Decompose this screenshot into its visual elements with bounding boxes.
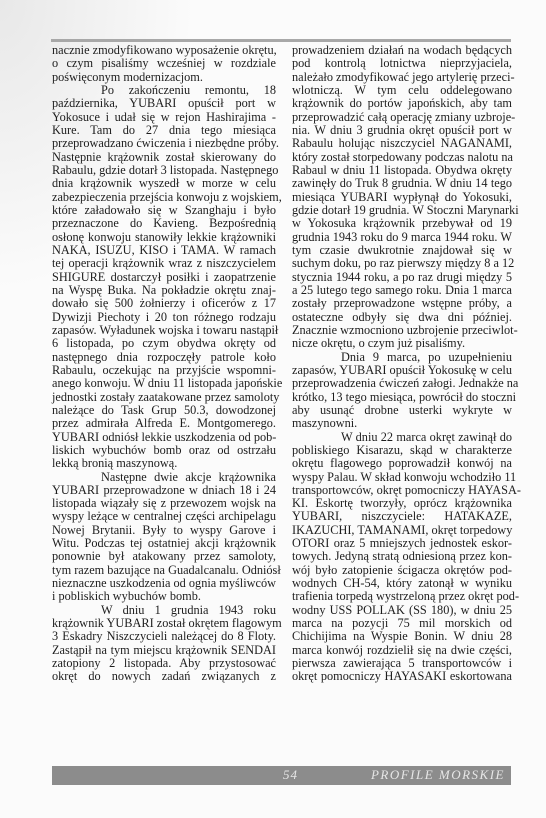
text-line: Rabaulu, oczekując na przyjście wspomni- bbox=[52, 364, 276, 377]
text-line: zawinęły do Truk 8 grudnia. W dniu 14 te… bbox=[292, 177, 512, 190]
text-line: wyspy Palau. W skład konwoju wchodziło 1… bbox=[292, 471, 512, 484]
text-line: należące do Task Grup 50.3, dowodzonej bbox=[52, 404, 276, 417]
text-line: Dnia 9 marca, po uzupełnieniu bbox=[292, 351, 512, 364]
text-line: w Yokosuka krążownik przebywał od 19 bbox=[292, 217, 512, 230]
text-line: krótko, 13 tego miesiąca, powrócił do st… bbox=[292, 391, 512, 404]
text-line: osłonę konwoju stanowiły lekkie krążowni… bbox=[52, 231, 276, 244]
text-line: YUBARI, niszczyciele: HATAKAZE, bbox=[292, 510, 512, 523]
text-line: Rabaul w dniu 11 listopada. Obydwa okręt… bbox=[292, 164, 512, 177]
text-line: zabezpieczenia przejścia konwoju z wojsk… bbox=[52, 191, 276, 204]
text-line: suchym doku, po raz pierwszy między 8 a … bbox=[292, 257, 512, 270]
text-line: Po zakończeniu remontu, 18 bbox=[52, 84, 276, 97]
text-line: zatopiony 2 listopada. Aby przystosować bbox=[52, 657, 276, 670]
text-line: Rabaulu, gdzie dotarł 3 listopada. Nastę… bbox=[52, 164, 276, 177]
text-line: ostateczne odbyły się dwa dni później. bbox=[292, 311, 512, 324]
text-line: marca konwój rozdzielił się na dwie częś… bbox=[292, 644, 512, 657]
right-text-column: prowadzeniem działań na wodach będącychp… bbox=[292, 44, 512, 684]
text-line: Dywizji Piechoty i 20 ton różnego rodzaj… bbox=[52, 311, 276, 324]
text-line: krążownik YUBARI został okrętem flagowym bbox=[52, 617, 276, 630]
text-line: nicze okrętu, o czym już pisaliśmy. bbox=[292, 337, 512, 350]
text-line: trafienia torpedą wystrzeloną przez okrę… bbox=[292, 590, 512, 603]
text-line: wodny USS POLLAK (SS 180), w dniu 25 bbox=[292, 604, 512, 617]
text-line: tym czasie dwukrotnie znajdował się w bbox=[292, 244, 512, 257]
text-line: wodnych CH-54, który zatonął w wyniku bbox=[292, 577, 512, 590]
text-line: towych. Jedyną stratą odniesioną przez k… bbox=[292, 550, 512, 563]
text-line: W dniu 22 marca okręt zawinął do bbox=[292, 431, 512, 444]
text-line: który został storpedowany podczas nalotu… bbox=[292, 151, 512, 164]
text-line: 3 Eskadry Niszczycieli należącej do 8 Fl… bbox=[52, 630, 276, 643]
text-line: dnia krążownik wyszedł w morze w celu bbox=[52, 177, 276, 190]
text-line: jednostki zostały zaatakowane przez samo… bbox=[52, 391, 276, 404]
text-line: YUBARI przeprowadzone w dniach 18 i 24 bbox=[52, 484, 276, 497]
text-line: Witu. Podczas tej ostatniej akcji krążow… bbox=[52, 537, 276, 550]
text-line: Zastąpił na tym miejscu krążownik SENDAI bbox=[52, 644, 276, 657]
text-line: Rabaulu holując niszczyciel NAGANAMI, bbox=[292, 137, 512, 150]
text-line: ponownie był atakowany przez samoloty, bbox=[52, 550, 276, 563]
text-line: dowało się 500 żołnierzy i oficerów z 17 bbox=[52, 297, 276, 310]
text-line: wój było zatopienie ścigacza okrętów pod… bbox=[292, 564, 512, 577]
text-line: gdzie dotarł 19 grudnia. W Stoczni Maryn… bbox=[292, 204, 512, 217]
text-line: nia. W dniu 3 grudnia okręt opuścił port… bbox=[292, 124, 512, 137]
text-line: Następne dwie akcje krążownika bbox=[52, 471, 276, 484]
text-line: YUBARI odniósł lekkie uszkodzenia od pob… bbox=[52, 431, 276, 444]
header-rule bbox=[51, 39, 511, 42]
text-line: Następnie krążownik został skierowany do bbox=[52, 151, 276, 164]
text-line: okrętu flagowego poprowadził konwój na bbox=[292, 457, 512, 470]
text-line: zapasów. Wyładunek wojska i towaru nastą… bbox=[52, 324, 276, 337]
text-line: zapasów, YUBARI opuścił Yokosukę w celu bbox=[292, 364, 512, 377]
text-line: pobliskiego Kisarazu, skąd w charakterze bbox=[292, 444, 512, 457]
text-line: przeznaczone do Kavieng. Bezpośrednią bbox=[52, 217, 276, 230]
text-line: Chichijima na Wyspie Bonin. W dniu 28 bbox=[292, 630, 512, 643]
text-line: SHIGURE dostarczył posiłki i zaopatrzeni… bbox=[52, 271, 276, 284]
text-line: lekką bronią maszynową. bbox=[52, 457, 276, 470]
magazine-title: PROFILE MORSKIE bbox=[371, 767, 505, 783]
text-line: nacznie zmodyfikowano wyposażenie okrętu… bbox=[52, 44, 276, 57]
text-line: tym razem bazujące na Guadalcanalu. Odni… bbox=[52, 564, 276, 577]
text-line: pierwsza zawierająca 5 transportowców i bbox=[292, 657, 512, 670]
text-line: zostały przeprowadzone wstępne próby, a bbox=[292, 297, 512, 310]
text-line: następnego dnia rozpoczęły patrole koło bbox=[52, 351, 276, 364]
text-line: liskich wybuchów bomb oraz od ostrzału bbox=[52, 444, 276, 457]
text-line: o czym pisaliśmy wcześniej w rozdziale bbox=[52, 57, 276, 70]
text-line: Znacznie wzmocniono uzbrojenie przeciwlo… bbox=[292, 324, 512, 337]
text-line: przez admirała Alfreda E. Montgomerego. bbox=[52, 417, 276, 430]
text-line: NAKA, ISUZU, KISO i TAMA. W ramach bbox=[52, 244, 276, 257]
text-line: należało zmodyfikować jego artylerię prz… bbox=[292, 71, 512, 84]
left-text-column: nacznie zmodyfikowano wyposażenie okrętu… bbox=[52, 44, 276, 684]
text-line: krążownik do portów japońskich, aby tam bbox=[292, 97, 512, 110]
text-line: nieznaczne uszkodzenia od ognia myśliwcó… bbox=[52, 577, 276, 590]
footer-bar: 54 PROFILE MORSKIE bbox=[52, 766, 511, 785]
text-line: tej operacji krążownik wraz z niszczycie… bbox=[52, 257, 276, 270]
text-line: przeprowadzano ćwiczenia i niezbędne pró… bbox=[52, 137, 276, 150]
text-line: Kure. Tam do 27 dnia tego miesiąca bbox=[52, 124, 276, 137]
text-line: 6 listopada, po czym obydwa okręty od bbox=[52, 337, 276, 350]
text-line: okręt do nowych zadań związanych z bbox=[52, 670, 276, 683]
text-line: IKAZUCHI, TAMANAMI, okręt torpedowy bbox=[292, 524, 512, 537]
text-line: grudnia 1943 roku do 9 marca 1944 roku. … bbox=[292, 231, 512, 244]
text-line: miesiąca YUBARI wypłynął do Yokosuki, bbox=[292, 191, 512, 204]
text-line: pod kontrolą lotnictwa nieprzyjaciela, bbox=[292, 57, 512, 70]
text-line: i pobliskich wybuchów bomb. bbox=[52, 590, 276, 603]
text-line: prowadzeniem działań na wodach będących bbox=[292, 44, 512, 57]
text-line: listopada wiązały się z przewozem wojsk … bbox=[52, 497, 276, 510]
text-line: poświęconym modernizacjom. bbox=[52, 71, 276, 84]
text-line: maszynowni. bbox=[292, 417, 512, 430]
text-line: KI. Eskortę tworzyły, oprócz krążownika bbox=[292, 497, 512, 510]
text-line: wlotniczą. W tym celu oddelegowano bbox=[292, 84, 512, 97]
text-line: przeprowadzić całą operację zmiany uzbro… bbox=[292, 111, 512, 124]
text-line: które załadowało się w Szanghaju i było bbox=[52, 204, 276, 217]
text-line: Nowej Brytanii. Były to wyspy Garove i bbox=[52, 524, 276, 537]
text-line: stycznia 1944 roku, a po raz drugi międz… bbox=[292, 271, 512, 284]
text-line: OTORI oraz 5 mniejszych jednostek eskor- bbox=[292, 537, 512, 550]
text-line: na Wyspę Buka. Na pokładzie okrętu znaj- bbox=[52, 284, 276, 297]
text-line: transportowców, okręt pomocniczy HAYASA- bbox=[292, 484, 512, 497]
text-line: października, YUBARI opuścił port w bbox=[52, 97, 276, 110]
text-line: anego konwoju. W dniu 11 listopada japoń… bbox=[52, 377, 276, 390]
text-line: marca na pozycji 75 mil morskich od bbox=[292, 617, 512, 630]
text-line: okręt pomocniczy HAYASAKI eskortowana bbox=[292, 670, 512, 683]
text-line: aby usunąć drobne usterki wykryte w bbox=[292, 404, 512, 417]
text-line: wyspy leżące w centralnej części archipe… bbox=[52, 510, 276, 523]
text-line: a 25 lutego tego samego roku. Dnia 1 mar… bbox=[292, 284, 512, 297]
text-line: W dniu 1 grudnia 1943 roku bbox=[52, 604, 276, 617]
text-line: przeprowadzenia ćwiczeń załogi. Jednakże… bbox=[292, 377, 512, 390]
page-number: 54 bbox=[283, 767, 298, 783]
text-line: Yokosuce i udał się w rejon Hashirajima … bbox=[52, 111, 276, 124]
